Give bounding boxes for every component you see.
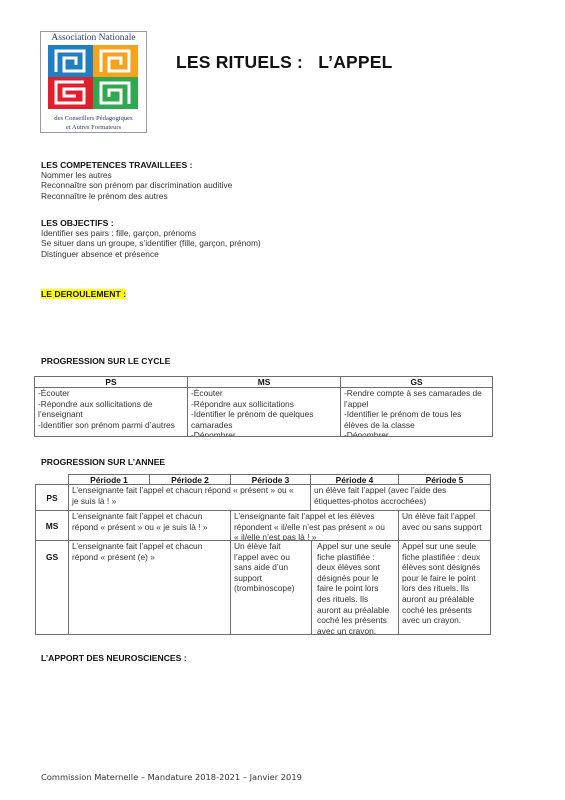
cell-line: un élève fait l’appel (avec l’aide des [314, 485, 487, 496]
cell-line: étiquettes-photos accrochées) [314, 496, 487, 507]
cycle-ms-line: camarades [191, 420, 337, 431]
annee-ms-periode-5: Un élève fait l’appel avec ou sans suppo… [398, 510, 491, 541]
cell-line: Appel sur une seule [317, 541, 395, 552]
competence-item: Nommer les autres [41, 170, 232, 180]
annee-gs-periodes-1-2: L’enseignante fait l’appel et chacun rép… [68, 540, 231, 635]
cell-line: auront au préalable [317, 605, 395, 616]
competences-section: LES COMPETENCES TRAVAILLEES : Nommer les… [41, 160, 232, 201]
cycle-gs-line: -Identifier le prénom de tous les [344, 409, 489, 420]
objectifs-section: LES OBJECTIFS : Identifier ses pairs : f… [41, 218, 261, 259]
cell-line: avec ou sans support [402, 522, 487, 533]
page-title: LES RITUELS : L’APPEL [176, 52, 393, 73]
cell-line: élèves sont désignés [402, 562, 487, 573]
cell-line: répond « présent (e) » [72, 552, 227, 563]
cell-line: avec un crayon. [402, 615, 487, 626]
annee-row-label-gs: GS [35, 540, 69, 635]
cycle-heading: PROGRESSION SUR LE CYCLE [41, 356, 170, 366]
annee-ms-periodes-1-2: L’enseignante fait l’appel et chacun rép… [68, 510, 231, 541]
cell-line: l’appel avec ou [234, 552, 308, 563]
cycle-cell-gs: -Rendre compte à ses camarades de l’appe… [340, 387, 493, 437]
deroulement-heading: LE DEROULEMENT : [41, 289, 126, 299]
cycle-cell-ms: -Écouter -Répondre aux sollicitations -I… [187, 387, 341, 437]
annee-gs-periode-5: Appel sur une seule fiche plastifiée : d… [398, 540, 491, 635]
competence-item: Reconnaître son prénom par discriminatio… [41, 180, 232, 190]
cell-line: L’enseignante fait l’appel et chacun [72, 541, 227, 552]
logo-top-text: Association Nationale [41, 33, 146, 43]
cycle-ms-line: -Dénombrer [191, 430, 337, 437]
cell-line: répondent « il/elle n’est pas présent » … [234, 522, 395, 533]
cycle-cell-ps: -Écouter -Répondre aux sollicitations de… [34, 387, 188, 437]
cycle-gs-line: élèves de la classe [344, 420, 489, 431]
cycle-gs-line: -Rendre compte à ses camarades de [344, 388, 489, 399]
cell-line: coché les présents [402, 605, 487, 616]
logo-bottom-text-2: et Autres Formateurs [41, 124, 146, 131]
cell-line: sans aide d’un [234, 562, 308, 573]
annee-gs-periode-4: Appel sur une seule fiche plastifiée : d… [311, 540, 399, 635]
cycle-ps-line: -Identifier son prénom parmi d’autres [38, 420, 184, 431]
objectif-item: Identifier ses pairs : fille, garçon, pr… [41, 228, 261, 238]
cell-line: fiche plastifiée : [317, 552, 395, 563]
cell-line: L’enseignante fait l’appel et les élèves [234, 511, 395, 522]
cell-line: L’enseignante fait l’appel et chacun [72, 511, 227, 522]
cell-line: support [234, 573, 308, 584]
annee-ps-periodes-4-5: un élève fait l’appel (avec l’aide des é… [310, 484, 491, 511]
annee-ms-periodes-3-4: L’enseignante fait l’appel et les élèves… [230, 510, 399, 541]
cell-line: répond « présent » ou « je suis là ! » [72, 522, 227, 533]
annee-row-label-ps: PS [35, 484, 69, 511]
cycle-gs-line: l’appel [344, 399, 489, 410]
cycle-ms-line: -Écouter [191, 388, 337, 399]
cell-line: pour le faire le point [402, 573, 487, 584]
annee-gs-periode-3: Un élève fait l’appel avec ou sans aide … [230, 540, 312, 635]
page-footer: Commission Maternelle – Mandature 2018-2… [41, 772, 302, 782]
cell-line: faire le point lors [317, 583, 395, 594]
cell-line: Un élève fait [234, 541, 308, 552]
cycle-gs-line: -Dénombrer [344, 430, 489, 437]
cell-line: Un élève fait l’appel [402, 511, 487, 522]
cell-line: deux élèves sont [317, 562, 395, 573]
cell-line: auront au préalable [402, 594, 487, 605]
annee-ps-periodes-1-3: L’enseignante fait l’appel et chacun rép… [68, 484, 311, 511]
cycle-ps-line: -Répondre aux sollicitations de [38, 399, 184, 410]
cell-line: L’enseignante fait l’appel et chacun rép… [72, 485, 307, 496]
cycle-ps-line: l’enseignant [38, 409, 184, 420]
cell-line: des rituels. Ils [317, 594, 395, 605]
competence-item: Reconnaître le prénom des autres [41, 191, 232, 201]
cell-line: (trombinoscope) [234, 583, 308, 594]
logo-bottom-text-1: des Conseillers Pédagogiques [41, 115, 146, 122]
cycle-ms-line: -Identifier le prénom de quelques [191, 409, 337, 420]
cycle-ms-line: -Répondre aux sollicitations [191, 399, 337, 410]
competences-heading: LES COMPETENCES TRAVAILLEES : [41, 160, 232, 170]
objectif-item: Se situer dans un groupe, s’identifier (… [41, 238, 261, 248]
neurosciences-heading: L’APPORT DES NEUROSCIENCES : [41, 653, 187, 663]
cycle-ps-line: -Écouter [38, 388, 184, 399]
objectifs-heading: LES OBJECTIFS : [41, 218, 261, 228]
spiral-logo-icon [48, 45, 138, 109]
annee-heading: PROGRESSION SUR L’ANNEE [41, 457, 165, 467]
cell-line: fiche plastifiée : deux [402, 552, 487, 563]
association-logo: Association Nationale des Conseillers Pé… [40, 31, 147, 133]
annee-row-label-ms: MS [35, 510, 69, 541]
cell-line: coché les présents [317, 615, 395, 626]
objectif-item: Distinguer absence et présence [41, 249, 261, 259]
deroulement-heading-text: LE DEROULEMENT : [41, 289, 126, 299]
cell-line: je suis là ! » [72, 496, 307, 507]
cell-line: Appel sur une seule [402, 541, 487, 552]
cell-line: avec un crayon. [317, 626, 395, 635]
cell-line: lors des rituels. Ils [402, 583, 487, 594]
cell-line: désignés pour le [317, 573, 395, 584]
